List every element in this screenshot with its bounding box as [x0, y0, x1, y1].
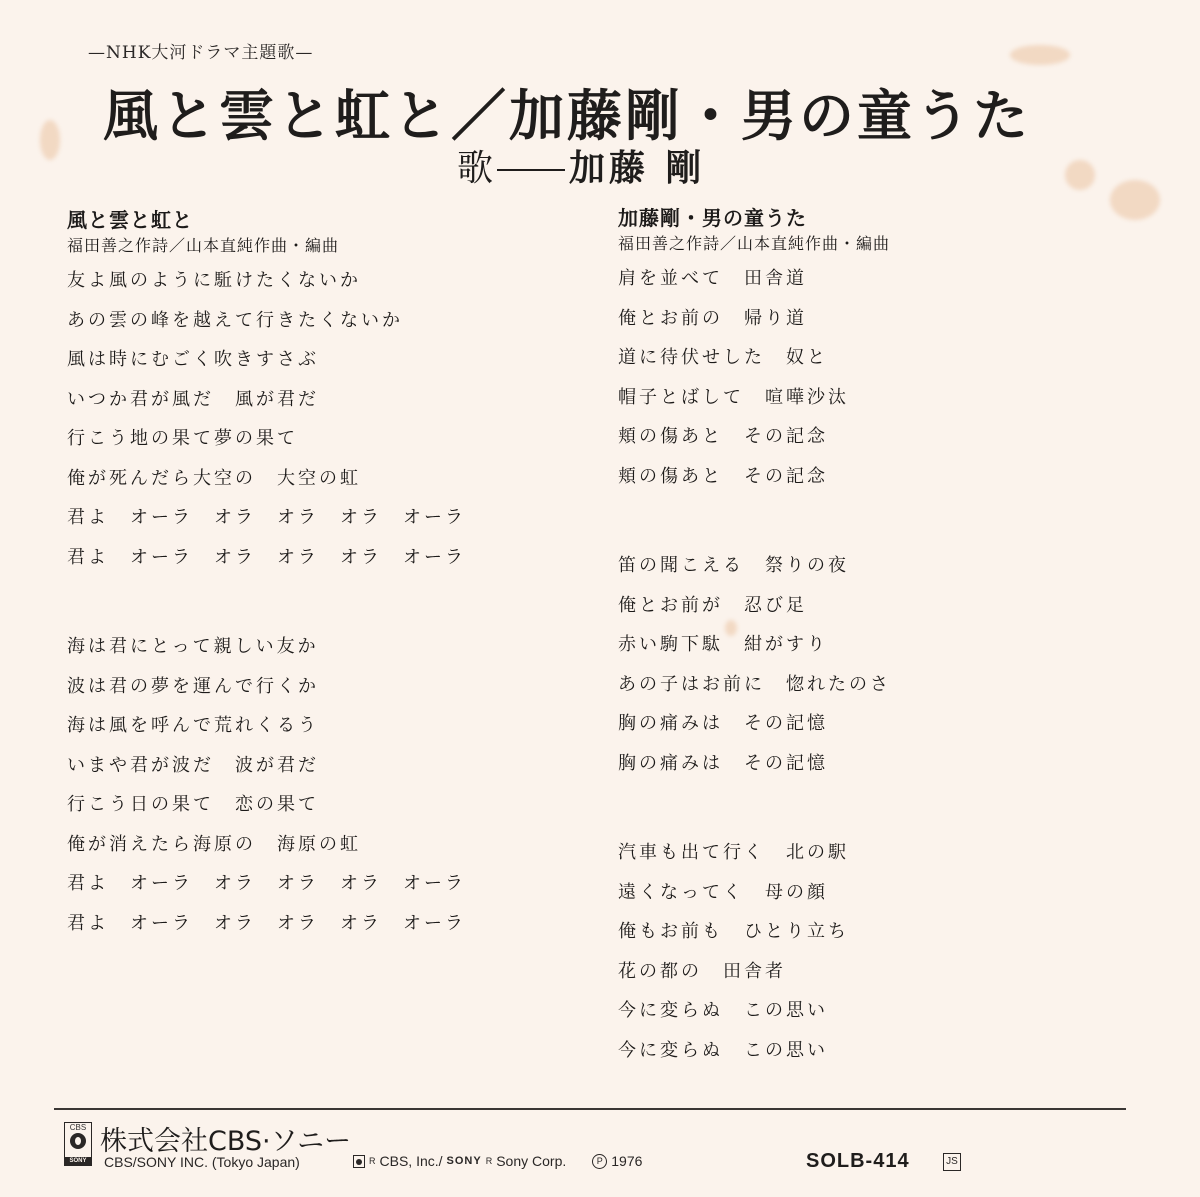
- lyric-line: 波は君の夢を運んで行くか: [67, 667, 507, 707]
- verse-2: 笛の聞こえる 祭りの夜 俺とお前が 忍び足 赤い駒下駄 紺がすり あの子はお前に…: [618, 546, 1058, 783]
- lyric-line: 遠くなってく 母の顔: [618, 873, 1058, 913]
- phonogram-mark-icon: P: [592, 1154, 607, 1169]
- company-name-en: CBS/SONY INC. (Tokyo Japan): [104, 1154, 300, 1170]
- song-credits: 福田善之作詩／山本直純作曲・編曲: [67, 233, 507, 261]
- rights-holder-sony-corp: Sony Corp.: [496, 1153, 566, 1169]
- lyric-line: 道に待伏せした 奴と: [618, 338, 1058, 378]
- lyric-line: 頬の傷あと その記念: [618, 417, 1058, 457]
- verse-1: 肩を並べて 田舎道 俺とお前の 帰り道 道に待伏せした 奴と 帽子とばして 喧嘩…: [618, 259, 1058, 496]
- singer-credit: 歌加藤 剛: [457, 140, 706, 191]
- lyric-line: 行こう日の果て 恋の果て: [67, 785, 507, 825]
- song-block-2: 加藤剛・男の童うた 福田善之作詩／山本直純作曲・編曲 肩を並べて 田舎道 俺とお…: [618, 202, 1058, 1070]
- song-credits: 福田善之作詩／山本直純作曲・編曲: [618, 231, 1058, 259]
- lyric-line: 頬の傷あと その記念: [618, 457, 1058, 497]
- logo-cbs-text: CBS: [65, 1123, 91, 1132]
- subtitle: —NHK大河ドラマ主題歌—: [88, 38, 313, 63]
- lyric-line: 帽子とばして 喧嘩沙汰: [618, 378, 1058, 418]
- rights-line: R CBS, Inc./SONY R Sony Corp. P 1976: [353, 1153, 642, 1169]
- lyric-line: 俺とお前の 帰り道: [618, 299, 1058, 339]
- js-mark-icon: JS: [943, 1153, 961, 1171]
- lyric-line: 今に変らぬ この思い: [618, 991, 1058, 1031]
- cbs-eye-icon: [70, 1133, 86, 1149]
- verse-3: 汽車も出て行く 北の駅 遠くなってく 母の顔 俺もお前も ひとり立ち 花の都の …: [618, 833, 1058, 1070]
- lyric-line: 俺が死んだら大空の 大空の虹: [67, 459, 507, 499]
- lyric-line: 君よ オーラ オラ オラ オラ オーラ: [67, 904, 507, 944]
- verse-1: 友よ風のように駈けたくないか あの雲の峰を越えて行きたくないか 風は時にむごく吹…: [67, 261, 507, 577]
- song-block-1: 風と雲と虹と 福田善之作詩／山本直純作曲・編曲 友よ風のように駈けたくないか あ…: [67, 204, 507, 943]
- cbs-sony-logo-icon: CBS SONY: [64, 1122, 92, 1166]
- lyric-line: あの子はお前に 惚れたのさ: [618, 665, 1058, 705]
- lyric-line: 俺とお前が 忍び足: [618, 586, 1058, 626]
- lyric-line: 風は時にむごく吹きすさぶ: [67, 340, 507, 380]
- lyric-line: 海は君にとって親しい友か: [67, 627, 507, 667]
- lyric-line: 胸の痛みは その記憶: [618, 744, 1058, 784]
- lyric-line: 肩を並べて 田舎道: [618, 259, 1058, 299]
- dash-divider: [497, 169, 565, 171]
- release-year: 1976: [611, 1153, 642, 1169]
- lyric-line: いつか君が風だ 風が君だ: [67, 380, 507, 420]
- lyric-line: 海は風を呼んで荒れくるう: [67, 706, 507, 746]
- lyric-line: 俺もお前も ひとり立ち: [618, 912, 1058, 952]
- lyric-line: あの雲の峰を越えて行きたくないか: [67, 301, 507, 341]
- lyric-line: 君よ オーラ オラ オラ オラ オーラ: [67, 864, 507, 904]
- lyric-line: 友よ風のように駈けたくないか: [67, 261, 507, 301]
- lyric-line: 行こう地の果て夢の果て: [67, 419, 507, 459]
- paper-stain: [1065, 160, 1095, 190]
- lyric-line: 俺が消えたら海原の 海原の虹: [67, 825, 507, 865]
- lyric-line: 今に変らぬ この思い: [618, 1031, 1058, 1071]
- rights-holder-cbs: CBS, Inc./: [380, 1153, 443, 1169]
- cbs-mini-logo-icon: [353, 1155, 365, 1168]
- lyric-line: 赤い駒下駄 紺がすり: [618, 625, 1058, 665]
- lyric-line: 君よ オーラ オラ オラ オラ オーラ: [67, 538, 507, 578]
- lyric-line: 胸の痛みは その記憶: [618, 704, 1058, 744]
- lyric-line: 花の都の 田舎者: [618, 952, 1058, 992]
- registered-mark-icon: R: [369, 1156, 376, 1166]
- lyric-line: いまや君が波だ 波が君だ: [67, 746, 507, 786]
- lyric-line: 君よ オーラ オラ オラ オラ オーラ: [67, 498, 507, 538]
- paper-stain: [1010, 45, 1070, 65]
- company-name-jp: 株式会社CBS·ソニー: [100, 1119, 351, 1158]
- logo-sony-text: SONY: [65, 1157, 91, 1165]
- song-title: 風と雲と虹と: [67, 204, 507, 230]
- catalog-number: SOLB-414: [806, 1150, 910, 1173]
- rights-holder-sony: SONY: [447, 1155, 482, 1167]
- lyric-line: 笛の聞こえる 祭りの夜: [618, 546, 1058, 586]
- verse-2: 海は君にとって親しい友か 波は君の夢を運んで行くか 海は風を呼んで荒れくるう い…: [67, 627, 507, 943]
- singer-name: 加藤 剛: [569, 148, 706, 189]
- lyric-line: 汽車も出て行く 北の駅: [618, 833, 1058, 873]
- paper-stain: [40, 120, 60, 160]
- registered-mark-icon: R: [486, 1156, 493, 1166]
- singer-label: 歌: [457, 148, 493, 189]
- paper-stain: [1110, 180, 1160, 220]
- footer-divider: [54, 1108, 1126, 1110]
- song-title: 加藤剛・男の童うた: [618, 202, 1058, 228]
